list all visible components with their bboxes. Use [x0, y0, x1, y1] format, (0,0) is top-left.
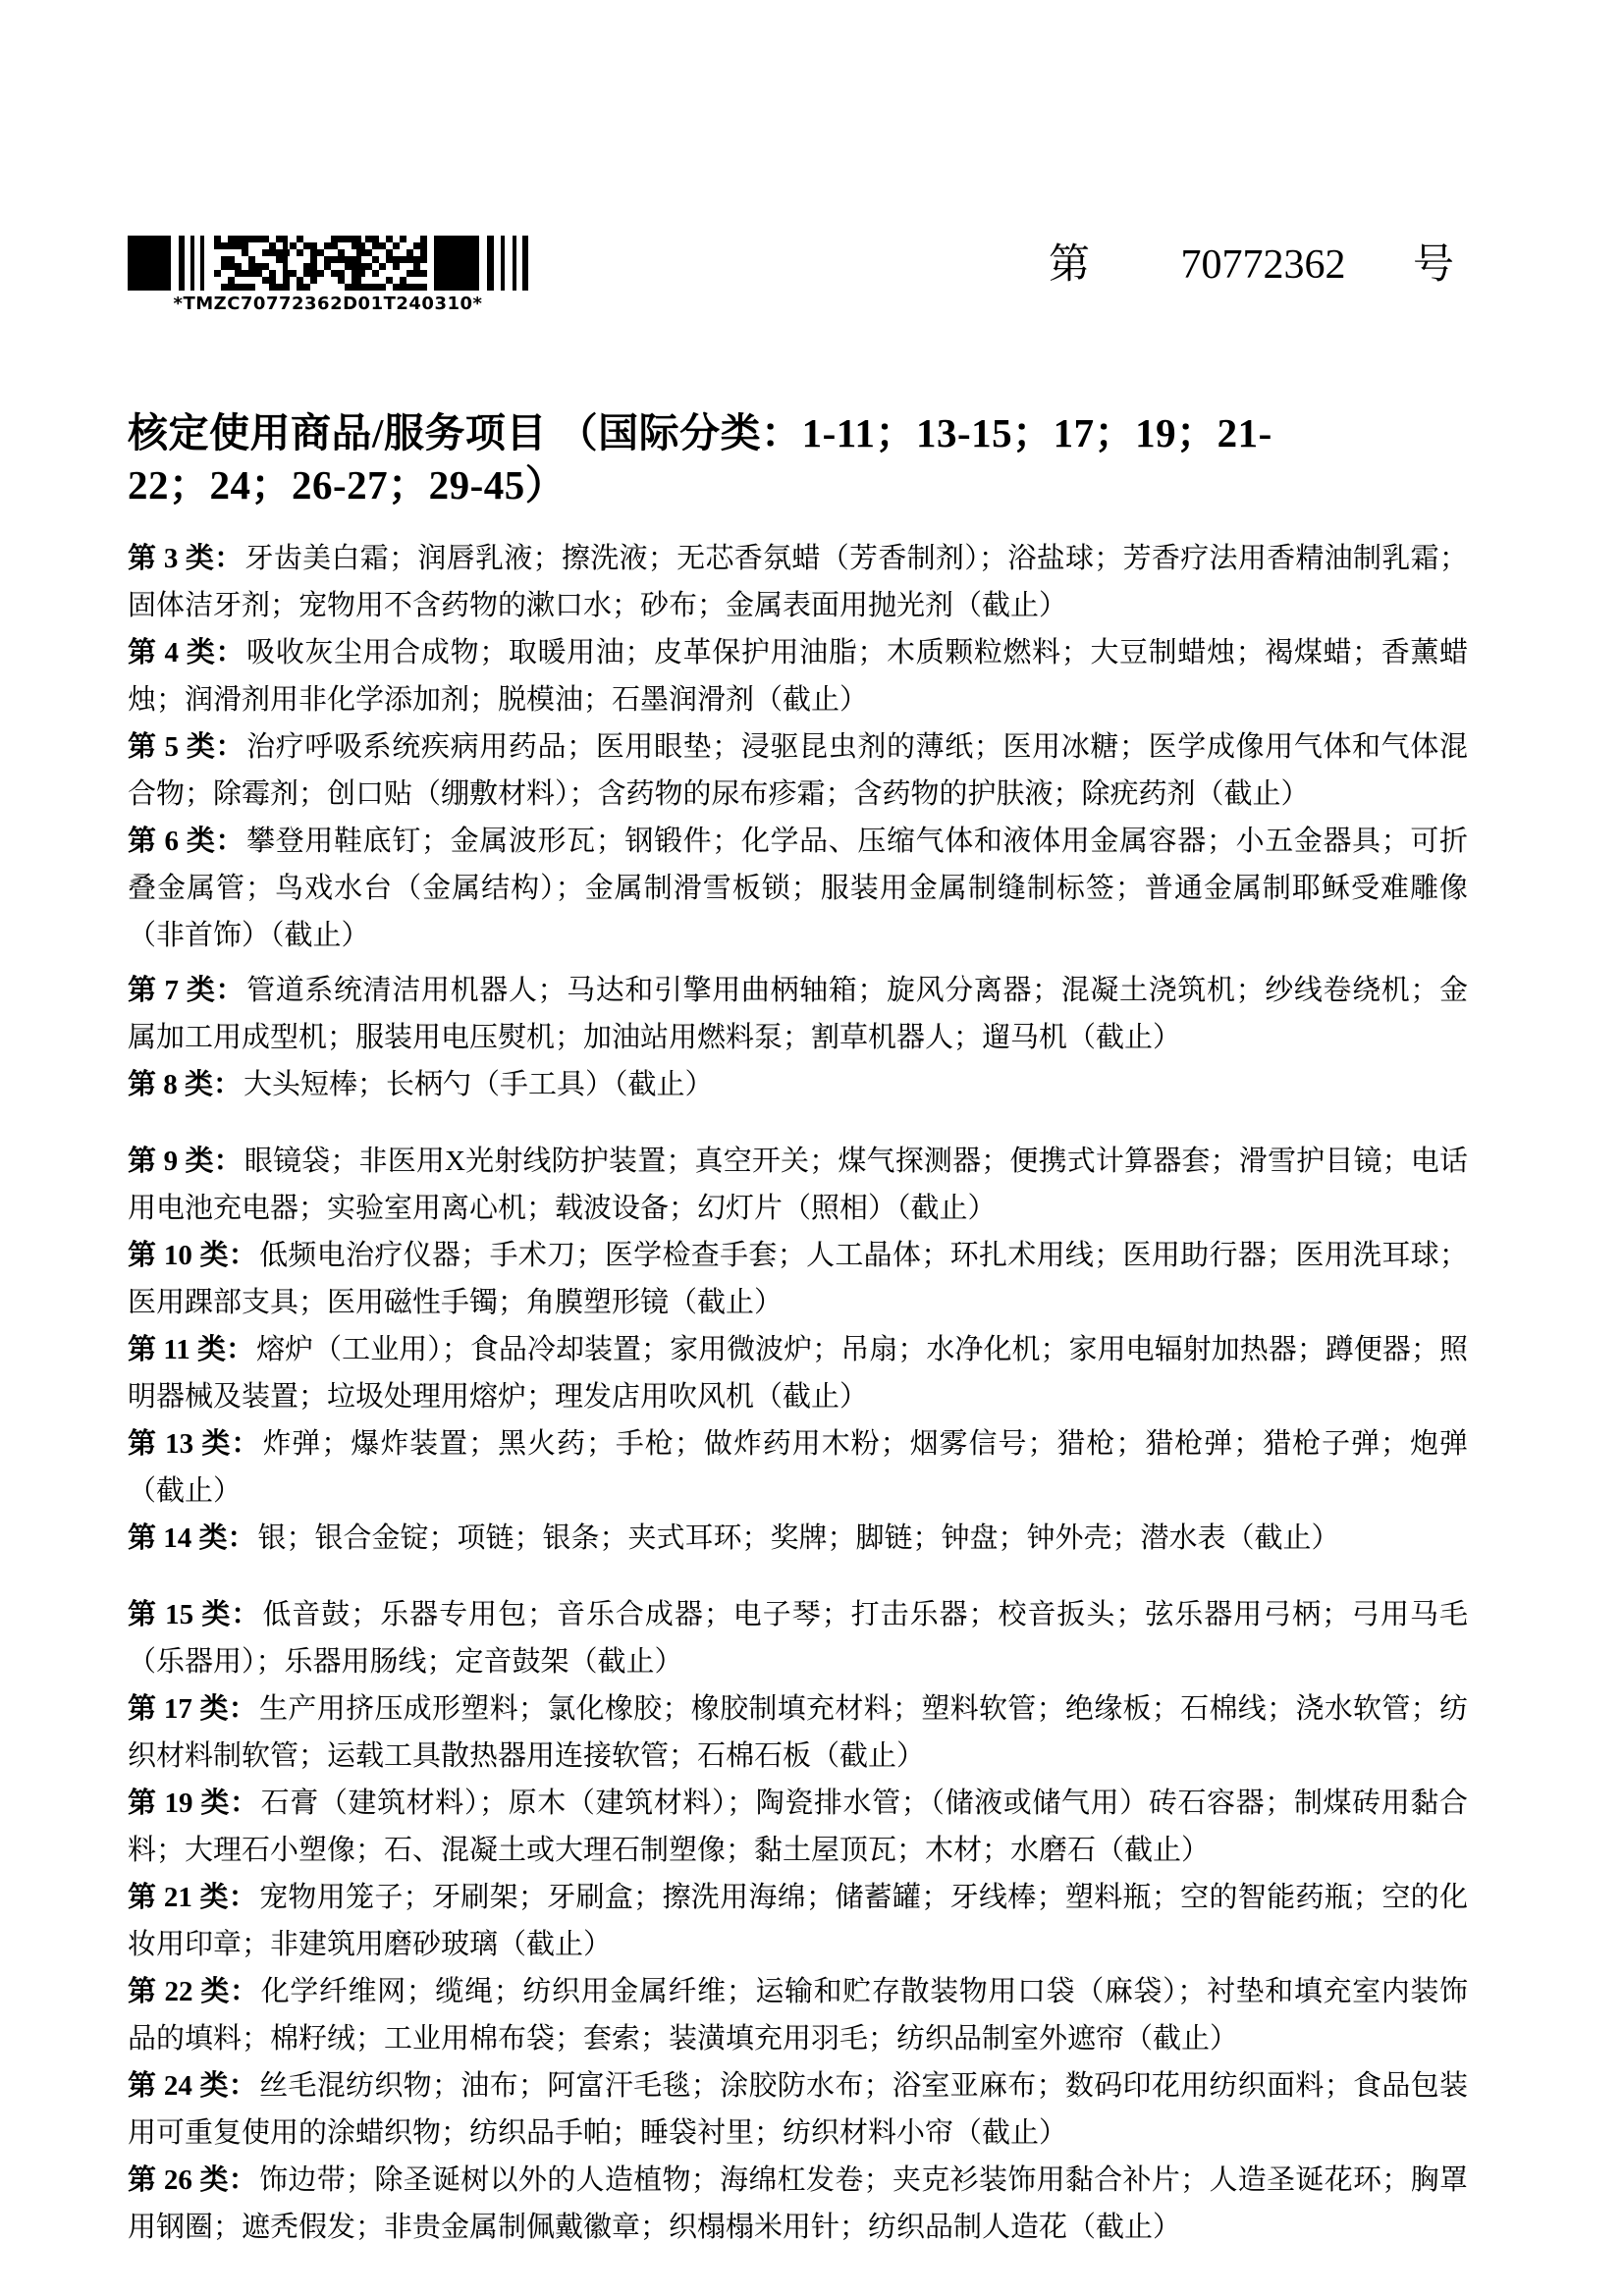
class-entry-label: 第 17 类：: [128, 1693, 257, 1725]
class-entry-7: 第 7 类：管道系统清洁用机器人；马达和引擎用曲柄轴箱；旋风分离器；混凝土浇筑机…: [128, 967, 1468, 1061]
class-entry-text: 眼镜袋；非医用X光射线防护装置；真空开关；煤气探测器；便携式计算器套；滑雪护目镜…: [128, 1146, 1468, 1224]
class-entry-label: 第 14 类：: [128, 1522, 256, 1554]
class-entry-label: 第 8 类：: [128, 1069, 242, 1100]
class-entry-text: 生产用挤压成形塑料；氯化橡胶；橡胶制填充材料；塑料软管；绝缘板；石棉线；浇水软管…: [128, 1693, 1468, 1772]
class-entry-text: 炸弹；爆炸装置；黑火药；手枪；做炸药用木粉；烟雾信号；猎枪；猎枪弹；猎枪子弹；炮…: [128, 1428, 1468, 1507]
barcode-image: [128, 236, 528, 291]
document-number-suffix: 号: [1413, 242, 1454, 288]
class-entry-label: 第 11 类：: [128, 1334, 254, 1365]
class-entry-21: 第 21 类：宠物用笼子；牙刷架；牙刷盒；擦洗用海绵；储蓄罐；牙线棒；塑料瓶；空…: [128, 1874, 1468, 1968]
class-entry-text: 化学纤维网；缆绳；纺织用金属纤维；运输和贮存散装物用口袋（麻袋）；衬垫和填充室内…: [128, 1976, 1468, 2055]
class-entry-label: 第 26 类：: [128, 2164, 257, 2196]
class-entry-14: 第 14 类：银；银合金锭；项链；银条；夹式耳环；奖牌；脚链；钟盘；钟外壳；潜水…: [128, 1515, 1468, 1562]
class-entry-label: 第 7 类：: [128, 975, 244, 1006]
class-entry-label: 第 22 类：: [128, 1976, 259, 2007]
class-entry-label: 第 5 类：: [128, 731, 244, 763]
class-entry-text: 治疗呼吸系统疾病用药品；医用眼垫；浸驱昆虫剂的薄纸；医用冰糖；医学成像用气体和气…: [128, 731, 1468, 810]
class-entry-8: 第 8 类：大头短棒；长柄勺（手工具）（截止）: [128, 1061, 1468, 1108]
barcode-block: *TMZC70772362D01T240310*: [128, 236, 528, 314]
page-title-line-2: 22；24；26-27；29-45）: [128, 459, 1502, 511]
document-number: 第 70772362 号: [1049, 240, 1454, 291]
class-entry-26: 第 26 类：饰边带；除圣诞树以外的人造植物；海绵杠发卷；夹克衫装饰用黏合补片；…: [128, 2157, 1468, 2251]
class-entry-24: 第 24 类：丝毛混纺织物；油布；阿富汗毛毯；涂胶防水布；浴室亚麻布；数码印花用…: [128, 2062, 1468, 2157]
class-entry-label: 第 19 类：: [128, 1788, 259, 1819]
class-entry-13: 第 13 类：炸弹；爆炸装置；黑火药；手枪；做炸药用木粉；烟雾信号；猎枪；猎枪弹…: [128, 1420, 1468, 1515]
document-number-prefix: 第: [1049, 242, 1090, 288]
class-entry-label: 第 13 类：: [128, 1428, 260, 1460]
class-entry-11: 第 11 类：熔炉（工业用）；食品冷却装置；家用微波炉；吊扇；水净化机；家用电辐…: [128, 1326, 1468, 1420]
class-entry-text: 低频电治疗仪器；手术刀；医学检查手套；人工晶体；环扎术用线；医用助行器；医用洗耳…: [128, 1240, 1468, 1318]
page-title-line-1: 核定使用商品/服务项目 （国际分类：1-11；13-15；17；19；21-: [128, 407, 1502, 459]
class-entry-label: 第 24 类：: [128, 2070, 257, 2102]
class-entry-3: 第 3 类：牙齿美白霜；润唇乳液；擦洗液；无芯香氛蜡（芳香制剂）；浴盐球；芳香疗…: [128, 535, 1468, 629]
goods-services-list: 第 3 类：牙齿美白霜；润唇乳液；擦洗液；无芯香氛蜡（芳香制剂）；浴盐球；芳香疗…: [128, 535, 1468, 2251]
class-entry-text: 低音鼓；乐器专用包；音乐合成器；电子琴；打击乐器；校音扳头；弦乐器用弓柄；弓用马…: [128, 1599, 1468, 1678]
class-entry-text: 大头短棒；长柄勺（手工具）（截止）: [243, 1069, 714, 1100]
class-entry-19: 第 19 类：石膏（建筑材料）；原木（建筑材料）；陶瓷排水管；（储液或储气用）砖…: [128, 1780, 1468, 1874]
class-entry-text: 熔炉（工业用）；食品冷却装置；家用微波炉；吊扇；水净化机；家用电辐射加热器；蹲便…: [128, 1334, 1468, 1413]
class-entry-label: 第 9 类：: [128, 1146, 243, 1177]
document-number-value: 70772362: [1180, 242, 1345, 288]
class-entry-label: 第 21 类：: [128, 1882, 257, 1913]
class-entry-4: 第 4 类：吸收灰尘用合成物；取暖用油；皮革保护用油脂；木质颗粒燃料；大豆制蜡烛…: [128, 629, 1468, 723]
class-entry-text: 石膏（建筑材料）；原木（建筑材料）；陶瓷排水管；（储液或储气用）砖石容器；制煤砖…: [128, 1788, 1468, 1866]
class-entry-text: 饰边带；除圣诞树以外的人造植物；海绵杠发卷；夹克衫装饰用黏合补片；人造圣诞花环；…: [128, 2164, 1468, 2243]
class-entry-text: 丝毛混纺织物；油布；阿富汗毛毯；涂胶防水布；浴室亚麻布；数码印花用纺织面料；食品…: [128, 2070, 1468, 2149]
class-entry-22: 第 22 类：化学纤维网；缆绳；纺织用金属纤维；运输和贮存散装物用口袋（麻袋）；…: [128, 1968, 1468, 2062]
class-entry-label: 第 4 类：: [128, 637, 244, 668]
barcode-matrix: [214, 236, 427, 291]
class-entry-text: 管道系统清洁用机器人；马达和引擎用曲柄轴箱；旋风分离器；混凝土浇筑机；纱线卷绕机…: [128, 975, 1468, 1053]
class-entry-text: 吸收灰尘用合成物；取暖用油；皮革保护用油脂；木质颗粒燃料；大豆制蜡烛；褐煤蜡；香…: [128, 637, 1468, 716]
barcode-caption: *TMZC70772362D01T240310*: [128, 294, 528, 314]
class-entry-15: 第 15 类：低音鼓；乐器专用包；音乐合成器；电子琴；打击乐器；校音扳头；弦乐器…: [128, 1591, 1468, 1685]
class-entry-text: 攀登用鞋底钉；金属波形瓦；钢锻件；化学品、压缩气体和液体用金属容器；小五金器具；…: [128, 826, 1468, 951]
class-entry-10: 第 10 类：低频电治疗仪器；手术刀；医学检查手套；人工晶体；环扎术用线；医用助…: [128, 1232, 1468, 1326]
class-entry-text: 牙齿美白霜；润唇乳液；擦洗液；无芯香氛蜡（芳香制剂）；浴盐球；芳香疗法用香精油制…: [128, 543, 1468, 621]
page-title: 核定使用商品/服务项目 （国际分类：1-11；13-15；17；19；21- 2…: [128, 407, 1502, 511]
trademark-document-page: *TMZC70772362D01T240310* 第 70772362 号 核定…: [0, 0, 1623, 2296]
class-entry-text: 银；银合金锭；项链；银条；夹式耳环；奖牌；脚链；钟盘；钟外壳；潜水表（截止）: [258, 1522, 1340, 1554]
class-entry-label: 第 6 类：: [128, 826, 244, 857]
class-entry-label: 第 3 类：: [128, 543, 243, 574]
class-entry-5: 第 5 类：治疗呼吸系统疾病用药品；医用眼垫；浸驱昆虫剂的薄纸；医用冰糖；医学成…: [128, 723, 1468, 818]
class-entry-17: 第 17 类：生产用挤压成形塑料；氯化橡胶；橡胶制填充材料；塑料软管；绝缘板；石…: [128, 1685, 1468, 1780]
class-entry-label: 第 15 类：: [128, 1599, 260, 1630]
class-entry-9: 第 9 类：眼镜袋；非医用X光射线防护装置；真空开关；煤气探测器；便携式计算器套…: [128, 1138, 1468, 1232]
class-entry-label: 第 10 类：: [128, 1240, 257, 1271]
class-entry-text: 宠物用笼子；牙刷架；牙刷盒；擦洗用海绵；储蓄罐；牙线棒；塑料瓶；空的智能药瓶；空…: [128, 1882, 1468, 1960]
class-entry-6: 第 6 类：攀登用鞋底钉；金属波形瓦；钢锻件；化学品、压缩气体和液体用金属容器；…: [128, 818, 1468, 959]
